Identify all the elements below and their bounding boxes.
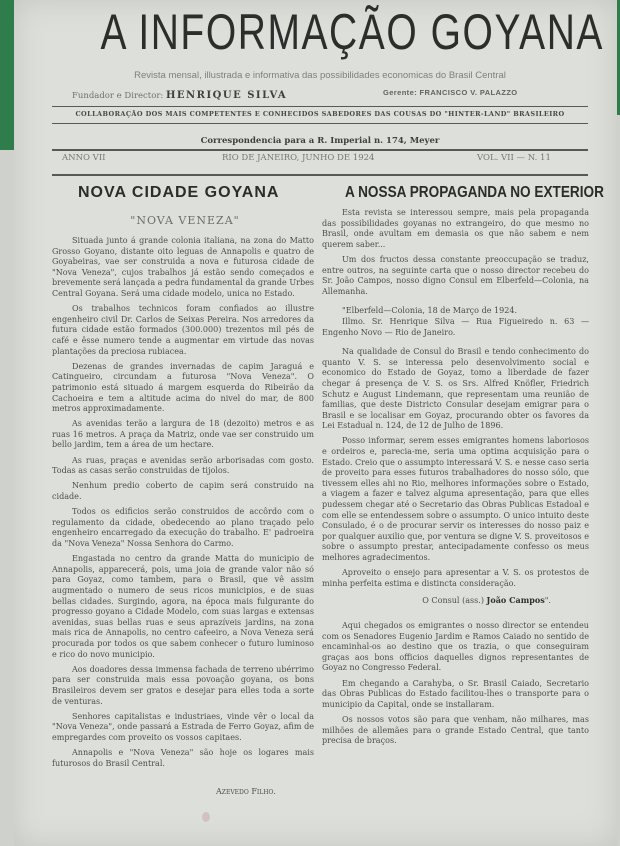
letter-paragraph: Aproveito o ensejo para apresentar a V. … xyxy=(322,568,589,589)
paragraph: Os trabalhos technicos foram confiados a… xyxy=(52,304,314,357)
paragraph: Dezenas de grandes invernadas de capim J… xyxy=(52,362,314,415)
left-article-headline: NOVA CIDADE GOYANA xyxy=(78,184,279,202)
correspondence-line: Correspondencia para a R. Imperial n. 17… xyxy=(52,136,588,146)
left-article-subhead: "NOVA VENEZA" xyxy=(55,214,315,227)
masthead-subtitle: Revista mensal, illustrada e informativa… xyxy=(50,70,590,81)
paragraph: Nenhum predio coberto de capim será cons… xyxy=(52,481,314,502)
paragraph: Todos os edificios serão construidos de … xyxy=(52,507,314,549)
letter-date: "Elberfeld—Colonia, 18 de Março de 1924. xyxy=(322,306,589,317)
ink-smudge xyxy=(202,812,210,822)
paragraph: As avenidas terão a largura de 18 (dezoi… xyxy=(52,419,314,451)
manager-line: Gerente: FRANCISCO V. PALAZZO xyxy=(383,88,518,97)
masthead-title: A INFORMAÇÃO GOYANA xyxy=(101,2,530,62)
paragraph: Senhores capitalistas e industriaes, vin… xyxy=(52,712,314,744)
founder-label: Fundador e Director: xyxy=(72,91,166,101)
issue-year: ANNO VII xyxy=(62,153,106,163)
rule-divider-thick xyxy=(52,174,588,176)
signature-prefix: O Consul (ass.) xyxy=(422,596,486,605)
letter-paragraph: Na qualidade de Consul do Brasil e tendo… xyxy=(322,347,589,432)
letter-paragraph: Posso informar, serem esses emigrantes h… xyxy=(322,436,589,563)
right-article-headline: A NOSSA PROPAGANDA NO EXTERIOR xyxy=(345,184,604,202)
paragraph: Esta revista se interessou sempre, mais … xyxy=(322,208,589,250)
paragraph: Aos doadores dessa immensa fachada de te… xyxy=(52,665,314,707)
rule-divider xyxy=(52,106,588,107)
signature-suffix: ". xyxy=(545,596,551,605)
paragraph: Aqui chegados os emigrantes o nosso dire… xyxy=(322,621,589,674)
issue-volume: VOL. VII — N. 11 xyxy=(477,153,551,163)
paragraph: Engastada no centro da grande Matta do m… xyxy=(52,554,314,660)
left-article-body: Situada junto á grande colonia italiana,… xyxy=(52,236,314,802)
founder-name: HENRIQUE SILVA xyxy=(166,90,287,101)
paragraph: Situada junto á grande colonia italiana,… xyxy=(52,236,314,300)
paragraph: As ruas, praças e avenidas serão arboris… xyxy=(52,456,314,477)
right-article-body: Esta revista se interessou sempre, mais … xyxy=(322,208,589,751)
paragraph: Em chegando a Carahyba, o Sr. Brasil Cai… xyxy=(322,679,589,711)
left-article-signature: Azevedo Filho. xyxy=(52,787,314,798)
signature-name: João Campos xyxy=(487,595,545,605)
paragraph: Annapolis e "Nova Veneza" são hoje os lo… xyxy=(52,748,314,769)
paragraph: Os nossos votos são para que venham, não… xyxy=(322,715,589,747)
issue-place-date: RIO DE JANEIRO, JUNHO DE 1924 xyxy=(222,153,374,163)
collaboration-line: COLLABORAÇÃO DOS MAIS COMPETENTES E CONH… xyxy=(52,110,588,118)
letter-address: Illmo. Sr. Henrique Silva — Rua Figueire… xyxy=(322,317,589,338)
paragraph: Um dos fructos dessa constante preoccupa… xyxy=(322,255,589,297)
letter-signature: O Consul (ass.) João Campos". xyxy=(322,595,589,607)
rule-divider-thick xyxy=(52,149,588,151)
founder-line: Fundador e Director: HENRIQUE SILVA xyxy=(72,90,287,101)
rule-divider xyxy=(52,123,588,124)
